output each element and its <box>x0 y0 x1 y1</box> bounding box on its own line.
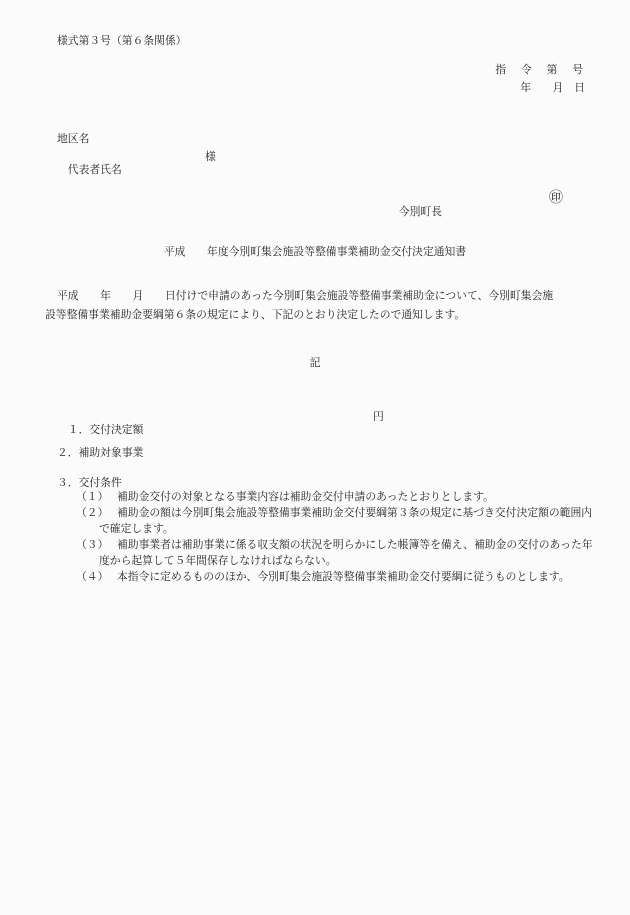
document-page: 様式第３号（第６条関係） 指 令 第 号 年 月 日 地区名 代表者氏名 様 今… <box>0 0 630 915</box>
district-name-label: 地区名 <box>57 133 89 146</box>
condition-1-text: 補助金交付の対象となる事業内容は補助金交付申請のあったとおりとします。 <box>117 491 494 504</box>
item-grant-amount-label: １．交付決定額 <box>68 424 144 436</box>
condition-2-marker: （２） <box>76 507 108 520</box>
ki-separator: 記 <box>0 357 630 370</box>
condition-2-text: 補助金の額は今別町集会施設等整備事業補助金交付要綱第３条の規定に基づき交付決定額… <box>117 507 592 520</box>
directive-number-line: 指 令 第 号 <box>495 64 585 77</box>
item-grant-conditions-label: ３．交付条件 <box>57 477 122 490</box>
condition-4-marker: （４） <box>76 571 108 584</box>
yen-unit: 円 <box>373 411 384 424</box>
body-paragraph-line-1: 平成 年 月 日付けで申請のあった今別町集会施設等整備事業補助金について、今別町… <box>57 290 553 303</box>
document-title: 平成 年度今別町集会施設等整備事業補助金交付決定通知書 <box>0 246 630 259</box>
condition-1-marker: （１） <box>76 491 108 504</box>
honorific-sama: 様 <box>205 151 216 164</box>
condition-3-text: 補助事業者は補助事業に係る収支額の状況を明らかにした帳簿等を備え、補助金の交付の… <box>117 539 593 552</box>
mayor-title: 今別町長 <box>399 206 442 218</box>
body-paragraph-line-2: 設等整備事業補助金要綱第６条の規定により、下記のとおり決定したので通知します。 <box>45 309 465 322</box>
representative-line: 代表者氏名 様 <box>57 151 122 203</box>
condition-4-text: 本指令に定めるもののほか、今別町集会施設等整備事業補助金交付要綱に従うものとしま… <box>117 571 570 584</box>
directive-date-line: 年 月 日 <box>520 82 585 95</box>
seal-mark-icon: ㊞ <box>549 192 563 205</box>
condition-3-marker: （３） <box>76 539 108 552</box>
condition-2-text-continued: で確定します。 <box>99 523 174 536</box>
condition-3-text-continued: 度から起算して５年間保存しなければならない。 <box>99 555 337 568</box>
representative-name-label: 代表者氏名 <box>68 164 122 176</box>
issuer-line: 今別町長 ㊞ <box>388 193 442 245</box>
form-number: 様式第３号（第６条関係） <box>57 35 187 48</box>
item-subsidized-project-label: ２．補助対象事業 <box>57 447 143 460</box>
